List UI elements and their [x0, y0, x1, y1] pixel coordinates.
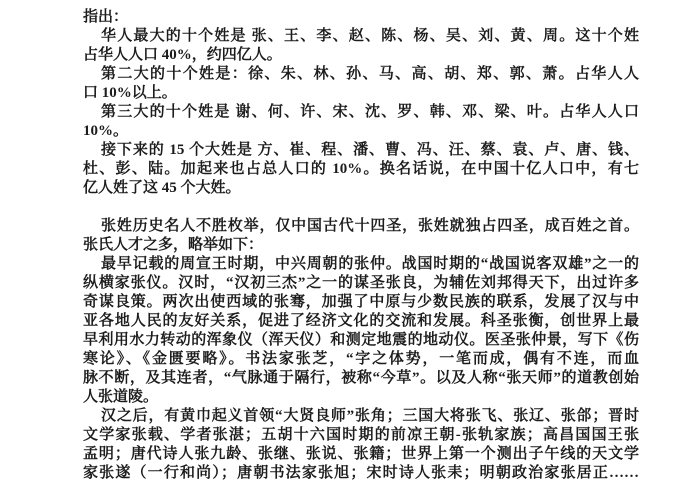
blank-line: [83, 198, 639, 217]
text-line: 人张道陵。: [83, 388, 639, 407]
text-line: 寒论》、《金匮要略》。书法家张芝，“字之体势，一笔而成，偶有不连，而血: [83, 350, 639, 369]
text-line: 奇谋良策。两次出使西域的张骞，加强了中原与少数民族的联系，发展了汉与中: [83, 293, 639, 312]
text-line: 第三大的十个姓是 谢、何、许、宋、沈、罗、韩、邓、梁、叶。占华人人口: [83, 103, 639, 122]
text-line: 孟明；唐代诗人张九龄、张继、张说、张籍；世界上第一个测出子午线的天文学: [83, 445, 639, 464]
text-line: 亿人姓了这 45 个大姓。: [83, 179, 639, 198]
document-viewport: { "document": { "language": "zh-CN", "te…: [0, 0, 700, 470]
text-line: 脉不断，及其连者，“气脉通于隔行，被称“今草”。以及人称“张天师”的道教创始: [83, 369, 639, 388]
text-line: 占华人人口 40%，约四亿人。: [83, 46, 639, 65]
text-line: 华人最大的十个姓是 张、王、李、赵、陈、杨、吴、刘、黄、周。这十个姓: [83, 27, 639, 46]
text-line: 杜、彭、陆。加起来也占总人口的 10%。换名话说，在中国十亿人口中，有七: [83, 160, 639, 179]
text-line: 张氏人才之多，略举如下：: [83, 236, 639, 255]
text-line: 接下来的 15 个大姓是 方、崔、程、潘、曹、冯、汪、蔡、袁、卢、唐、钱、: [83, 141, 639, 160]
text-line: 指出：: [83, 8, 639, 27]
text-line: 最早记载的周宣王时期，中兴周朝的张仲。战国时期的“战国说客双雄”之一的: [83, 255, 639, 274]
text-line: 汉之后，有黄巾起义首领“大贤良师”张角；三国大将张飞、张辽、张郃；晋时: [83, 407, 639, 426]
text-line: 早利用水力转动的浑象仪（浑天仪）和测定地震的地动仪。医圣张仲景，写下《伤: [83, 331, 639, 350]
text-line clipped-line: 家张遂（一行和尚）；唐朝书法家张旭；宋时诗人张耒；明朝政治家张居正……: [83, 464, 639, 470]
text-line: 文学家张载、学者张湛；五胡十六国时期的前凉王朝-张轨家族；高昌国国王张: [83, 426, 639, 445]
text-line: 10%。: [83, 122, 639, 141]
text-line: 第二大的十个姓是：徐、朱、林、孙、马、高、胡、郑、郭、萧。占华人人: [83, 65, 639, 84]
document-page: 指出： 华人最大的十个姓是 张、王、李、赵、陈、杨、吴、刘、黄、周。这十个姓 占…: [83, 8, 639, 470]
text-line: 张姓历史名人不胜枚举，仅中国古代十四圣，张姓就独占四圣，成百姓之首。: [83, 217, 639, 236]
text-line: 口 10%以上。: [83, 84, 639, 103]
text-line: 亚各地人民的友好关系，促进了经济文化的交流和发展。科圣张衡，创世界上最: [83, 312, 639, 331]
text-line: 纵横家张仪。汉时，“汉初三杰”之一的谋圣张良，为辅佐刘邦得天下，出过许多: [83, 274, 639, 293]
